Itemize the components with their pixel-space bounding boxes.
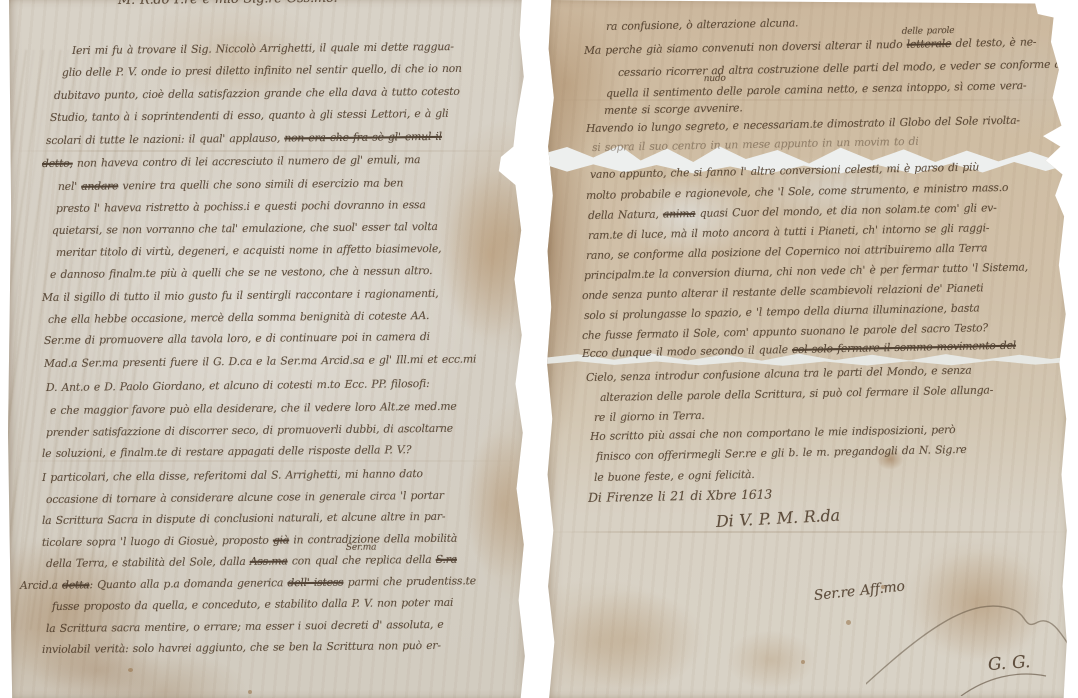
manuscript-line: Ma perche già siamo convenuti non dovers… (584, 35, 1037, 57)
handwritten-text: solo si prolungasse lo spazio, e 'l temp… (584, 301, 980, 322)
handwritten-text: re il giorno in Terra. (594, 409, 705, 424)
manuscript-line: la Scrittura sacra mentire, o errare; ma… (46, 618, 444, 635)
handwritten-text: mente si scorge avvenire. (604, 101, 743, 117)
manuscript-line: solo si prolungasse lo spazio, e 'l temp… (584, 301, 980, 322)
manuscript-line: le buone feste, e ogni felicità. (594, 468, 755, 484)
manuscript-line: che fusse fermato il Sole, com' appunto … (582, 321, 988, 342)
handwritten-text: occasione di tornare à considerare alcun… (46, 489, 444, 506)
manuscript-line: e dannoso finalm.te più à quelli che se … (50, 264, 432, 281)
handwritten-text: Mad.a Ser.ma presenti fuere il G. D.ca e… (44, 352, 476, 370)
cancelled-text: detto, (42, 157, 73, 170)
manuscript-line: Ecco dunque il modo secondo il quale col… (582, 339, 1016, 360)
handwritten-text: Havendo io lungo segreto, e necessariam.… (586, 114, 1020, 135)
manuscript-line: Ma il sigillo di tutto il mio gusto fu i… (42, 287, 439, 304)
handwritten-text: alterazion delle parole della Scrittura,… (600, 383, 993, 404)
handwritten-text: molto probabile e ragionevole, che 'l So… (586, 181, 1008, 202)
manuscript-line: Cielo, senza introdur confusione alcuna … (586, 364, 972, 384)
handwritten-text: ticolare sopra 'l luogo di Giosuè, propo… (42, 534, 273, 549)
handwritten-text: Di Firenze li 21 di Xbre 1613 (588, 486, 772, 505)
manuscript-line: meritar titolo di virtù, degeneri, e acq… (56, 242, 442, 259)
handwritten-text: glio delle P. V. onde io presi diletto i… (62, 62, 462, 79)
manuscript-line: rano, se conforme alla posizione del Cop… (586, 241, 988, 262)
manuscript-line: della Terra, e stabilità del Sole, dalla… (46, 553, 457, 570)
manuscript-line: finisco con offerirmegli Ser.re e gli b.… (596, 443, 967, 463)
handwritten-text: non haveva contro di lei accresciuto il … (73, 153, 421, 170)
salutation-line: M. R.do P.re e mio Sig.re Oss.mo: (118, 0, 338, 8)
handwritten-text: e dannoso finalm.te più à quelli che se … (50, 264, 432, 281)
handwritten-text: Arcid.a (20, 579, 62, 592)
manuscript-line: ram.te di luce, mà il moto ancora à tutt… (588, 221, 990, 242)
handwritten-text: Ser.me di promuovere alla tavola loro, e… (44, 330, 430, 347)
handwritten-text: onde senza punto alterar il restante del… (582, 281, 984, 302)
handwritten-text: principalm.te la conversion diurna, chi … (584, 260, 1028, 282)
manuscript-photo: M. R.do P.re e mio Sig.re Oss.mo:Ieri mi… (0, 0, 1078, 698)
left-page-text: M. R.do P.re e mio Sig.re Oss.mo:Ieri mi… (8, 0, 529, 698)
manuscript-line: Ieri mi fu à trovare il Sig. Niccolò Arr… (72, 40, 454, 57)
interlinear-insertion: delle parole (902, 26, 955, 37)
manuscript-line: e che maggior favore può ella desiderare… (50, 400, 457, 417)
manuscript-line: Ho scritto più assai che non comportano … (590, 423, 956, 443)
cancelled-text: andare (81, 179, 118, 192)
manuscript-line: nel' andare venire tra quelli che sono s… (58, 176, 403, 193)
handwritten-text: le soluzioni, e finalm.te di restare app… (42, 443, 411, 460)
manuscript-line: Ser.me di promuovere alla tavola loro, e… (44, 330, 430, 347)
handwritten-text: parmi che prudentiss.te (343, 574, 476, 588)
interlinear-insertion: nudo (704, 74, 726, 84)
handwritten-text: vano appunto, che si fanno l' altre conv… (590, 161, 979, 181)
manuscript-line: quietarsi, se non vorranno che tal' emul… (52, 220, 438, 237)
manuscript-line: ra confusione, ò alterazione alcuna. (606, 16, 798, 33)
handwritten-text: quietarsi, se non vorranno che tal' emul… (52, 220, 438, 237)
closing-line: Ser.re Aff.mo (813, 579, 905, 604)
interlinear-insertion: Ser.ma (346, 543, 376, 553)
manuscript-line: inviolabil verità: solo havrei aggiunto,… (42, 639, 441, 656)
cancelled-text: S.ra (436, 553, 457, 566)
manuscript-line: Mad.a Ser.ma presenti fuere il G. D.ca e… (44, 352, 476, 370)
handwritten-text: che fusse fermato il Sole, com' appunto … (582, 321, 988, 342)
right-page: ra confusione, ò alterazione alcuna.Ma p… (546, 0, 1072, 698)
handwritten-text: venire tra quelli che sono simili di ese… (118, 176, 403, 192)
cancelled-text: col solo fermare il sommo movimento del (792, 339, 1016, 356)
handwritten-text: nel' (58, 180, 81, 193)
handwritten-text: del testo, è ne- (951, 35, 1036, 50)
handwritten-text: quella il sentimento delle parole camina… (606, 79, 1027, 100)
right-page-text: ra confusione, ò alterazione alcuna.Ma p… (546, 0, 1072, 698)
handwritten-text: cessario ricorrer ad altra costruzione d… (618, 58, 1061, 79)
handwritten-text: fusse proposto da quella, e conceduto, e… (52, 596, 453, 613)
cancelled-text: detta (62, 578, 90, 591)
manuscript-line: fusse proposto da quella, e conceduto, e… (52, 596, 453, 613)
manuscript-line: occasione di tornare à considerare alcun… (46, 489, 444, 506)
signature-initials: G. G. (987, 652, 1030, 675)
handwritten-text: della Terra, e stabilità del Sole, dalla (46, 555, 250, 570)
date-line: Di Firenze li 21 di Xbre 1613 (588, 486, 772, 505)
handwritten-text: G. G. (987, 652, 1030, 675)
cancelled-text: già (273, 533, 289, 546)
handwritten-text: quasi Cuor del mondo, et dia non solam.t… (695, 201, 996, 220)
manuscript-line: che ella hebbe occasione, mercè della so… (48, 309, 429, 326)
cancelled-text: non era che fra sè gl' emul il (284, 130, 442, 145)
manuscript-line: Arcid.a detta: Quanto alla p.a domanda g… (20, 574, 476, 592)
handwritten-text: rano, se conforme alla posizione del Cop… (586, 241, 988, 262)
manuscript-line: molto probabile e ragionevole, che 'l So… (586, 181, 1008, 202)
handwritten-text: le buone feste, e ogni felicità. (594, 468, 755, 484)
handwritten-text: meritar titolo di virtù, degeneri, e acq… (56, 242, 442, 259)
manuscript-line: scolari di tutte le nazioni: il qual' ap… (46, 130, 442, 147)
handwritten-text: ra confusione, ò alterazione alcuna. (606, 16, 798, 33)
handwritten-text: e che maggior favore può ella desiderare… (50, 400, 457, 417)
handwritten-text: prender satisfazzione di discorrer seco,… (46, 422, 453, 439)
manuscript-line: detto, non haveva contro di lei accresci… (42, 153, 420, 170)
handwritten-text: scolari di tutte le nazioni: il qual' ap… (46, 132, 284, 147)
manuscript-line: cessario ricorrer ad altra costruzione d… (618, 58, 1061, 79)
handwritten-text: finisco con offerirmegli Ser.re e gli b.… (596, 443, 967, 463)
manuscript-line: alterazion delle parole della Scrittura,… (600, 383, 993, 404)
manuscript-line: re il giorno in Terra. (594, 409, 705, 424)
handwritten-text: che ella hebbe occasione, mercè della so… (48, 309, 429, 326)
handwritten-text: dubitavo punto, cioè della satisfazzion … (54, 85, 460, 102)
manuscript-line: ticolare sopra 'l luogo di Giosuè, propo… (42, 532, 457, 549)
handwritten-text: Ma perche già siamo convenuti non dovers… (584, 38, 907, 57)
left-page: M. R.do P.re e mio Sig.re Oss.mo:Ieri mi… (8, 0, 529, 698)
handwritten-text: la Scrittura Sacra in dispute di conclus… (42, 510, 445, 527)
manuscript-line: vano appunto, che si fanno l' altre conv… (590, 161, 979, 181)
handwritten-text: Ieri mi fu à trovare il Sig. Niccolò Arr… (72, 40, 454, 57)
cancelled-text: letterale (907, 37, 952, 51)
valediction-line: Di V. P. M. R.da (716, 506, 841, 531)
handwritten-text: Ser.re Aff.mo (813, 579, 905, 604)
handwritten-text: si sopra il suo centro in un mese appunt… (592, 135, 919, 154)
manuscript-line: I particolari, che ella disse, referitom… (42, 467, 423, 484)
manuscript-line: mente si scorge avvenire. (604, 101, 743, 117)
cancelled-text: dell' istess (287, 576, 343, 590)
manuscript-line: glio delle P. V. onde io presi diletto i… (62, 62, 462, 79)
handwritten-text: Cielo, senza introdur confusione alcuna … (586, 364, 972, 384)
manuscript-line: Havendo io lungo segreto, e necessariam.… (586, 114, 1020, 135)
manuscript-line: quella il sentimento delle parole camina… (606, 79, 1027, 100)
handwritten-text: ram.te di luce, mà il moto ancora à tutt… (588, 221, 990, 242)
handwritten-text: Ecco dunque il modo secondo il quale (582, 343, 792, 360)
manuscript-line: principalm.te la conversion diurna, chi … (584, 260, 1028, 282)
cancelled-text: anima (663, 207, 696, 221)
handwritten-text: Di V. P. M. R.da (716, 506, 841, 531)
manuscript-line: la Scrittura Sacra in dispute di conclus… (42, 510, 445, 527)
handwritten-text: con qual che replica della (288, 553, 436, 568)
manuscript-line: dubitavo punto, cioè della satisfazzion … (54, 85, 460, 102)
handwritten-text: D. Ant.o e D. Paolo Giordano, et alcuno … (46, 377, 430, 394)
handwritten-text: M. R.do P.re e mio Sig.re Oss.mo: (118, 0, 338, 8)
manuscript-line: Studio, tanto à i soprintendenti di esso… (50, 107, 449, 124)
handwritten-text: presto l' haveva ristretto à pochiss.i e… (56, 198, 426, 215)
manuscript-line: onde senza punto alterar il restante del… (582, 281, 984, 302)
manuscript-line: D. Ant.o e D. Paolo Giordano, et alcuno … (46, 377, 430, 394)
cancelled-text: Ass.ma (250, 554, 288, 567)
manuscript-line: della Natura, anima quasi Cuor del mondo… (588, 201, 997, 222)
handwritten-text: : Quanto alla p.a domanda generica (89, 576, 287, 591)
handwritten-text: inviolabil verità: solo havrei aggiunto,… (42, 639, 441, 656)
manuscript-line: presto l' haveva ristretto à pochiss.i e… (56, 198, 426, 215)
handwritten-text: Ma il sigillo di tutto il mio gusto fu i… (42, 287, 439, 304)
handwritten-text: la Scrittura sacra mentire, o errare; ma… (46, 618, 444, 635)
handwritten-text: Ho scritto più assai che non comportano … (590, 423, 956, 443)
handwritten-text: della Natura, (588, 208, 663, 222)
manuscript-line: prender satisfazzione di discorrer seco,… (46, 422, 453, 439)
manuscript-line: si sopra il suo centro in un mese appunt… (592, 135, 919, 154)
handwritten-text: I particolari, che ella disse, referitom… (42, 467, 423, 484)
manuscript-line: le soluzioni, e finalm.te di restare app… (42, 443, 411, 460)
handwritten-text: Studio, tanto à i soprintendenti di esso… (50, 107, 449, 124)
